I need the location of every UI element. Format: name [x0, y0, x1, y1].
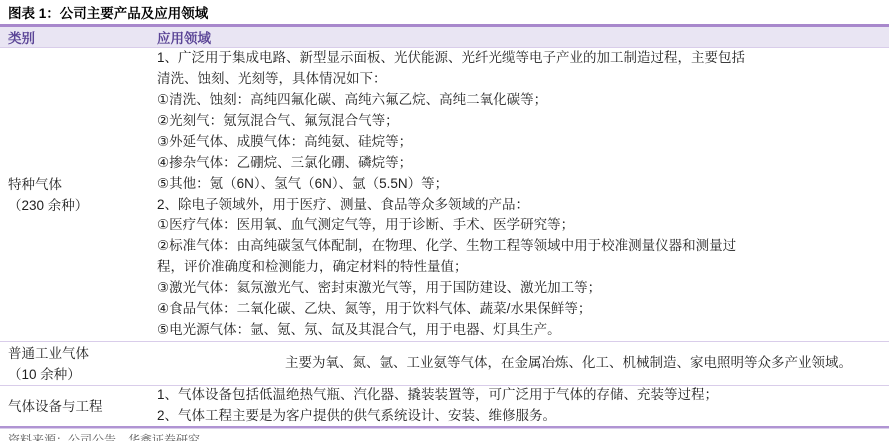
application-line: ①清洗、蚀刻：高纯四氟化碳、高纯六氟乙烷、高纯二氧化碳等； [157, 90, 889, 111]
category-cell: 气体设备与工程 [0, 386, 157, 426]
products-table: 类别 应用领域 特种气体（230 余种）1、广泛用于集成电路、新型显示面板、光伏… [0, 24, 889, 426]
table-row: 普通工业气体（10 余种）主要为氧、氮、氩、工业氨等气体，在金属冶炼、化工、机械… [0, 342, 889, 386]
application-line: ②标准气体：由高纯碳氢气体配制，在物理、化学、生物工程等领域中用于校准测量仪器和… [157, 236, 889, 257]
application-line: 2、除电子领域外，用于医疗、测量、食品等众多领域的产品： [157, 195, 889, 216]
application-line: ①医疗气体：医用氧、血气测定气等，用于诊断、手术、医学研究等； [157, 215, 889, 236]
header-category: 类别 [0, 27, 157, 47]
application-cell: 1、广泛用于集成电路、新型显示面板、光伏能源、光纤光缆等电子产业的加工制造过程，… [157, 48, 889, 341]
application-line: ④掺杂气体：乙硼烷、三氯化硼、磷烷等； [157, 153, 889, 174]
application-line: 2、气体工程主要是为客户提供的供气系统设计、安装、维修服务。 [157, 406, 889, 426]
application-line: 程，评价准确度和检测能力，确定材料的特性量值； [157, 257, 889, 278]
application-line: 主要为氧、氮、氩、工业氨等气体，在金属冶炼、化工、机械制造、家电照明等众多产业领… [157, 353, 889, 374]
category-line: 特种气体 [8, 174, 157, 195]
figure-title: 图表 1：公司主要产品及应用领域 [0, 0, 889, 24]
table-row: 特种气体（230 余种）1、广泛用于集成电路、新型显示面板、光伏能源、光纤光缆等… [0, 48, 889, 342]
application-line: ③外延气体、成膜气体：高纯氨、硅烷等； [157, 132, 889, 153]
application-line: ④食品气体：二氧化碳、乙炔、氮等，用于饮料气体、蔬菜/水果保鲜等； [157, 299, 889, 320]
category-line: （10 余种） [8, 364, 157, 385]
application-line: ⑤电光源气体：氩、氪、氖、氙及其混合气，用于电器、灯具生产。 [157, 320, 889, 341]
application-cell: 1、气体设备包括低温绝热气瓶、汽化器、撬装装置等，可广泛用于气体的存储、充装等过… [157, 386, 889, 426]
category-cell: 特种气体（230 余种） [0, 48, 157, 341]
category-line: 普通工业气体 [8, 343, 157, 364]
source-note: 资料来源：公司公告，华鑫证券研究 [0, 429, 889, 441]
table-header-row: 类别 应用领域 [0, 24, 889, 48]
application-line: 1、广泛用于集成电路、新型显示面板、光伏能源、光纤光缆等电子产业的加工制造过程，… [157, 48, 889, 69]
category-line: （230 余种） [8, 195, 157, 216]
application-line: ③激光气体：氦氖激光气、密封束激光气等，用于国防建设、激光加工等； [157, 278, 889, 299]
application-line: ⑤其他：氪（6N）、氢气（6N）、氩（5.5N）等； [157, 174, 889, 195]
table-row: 气体设备与工程1、气体设备包括低温绝热气瓶、汽化器、撬装装置等，可广泛用于气体的… [0, 386, 889, 426]
header-application: 应用领域 [157, 27, 889, 47]
category-line: 气体设备与工程 [8, 396, 157, 417]
table-body: 特种气体（230 余种）1、广泛用于集成电路、新型显示面板、光伏能源、光纤光缆等… [0, 48, 889, 426]
application-line: ②光刻气：氪氖混合气、氟氖混合气等； [157, 111, 889, 132]
application-cell: 主要为氧、氮、氩、工业氨等气体，在金属冶炼、化工、机械制造、家电照明等众多产业领… [157, 342, 889, 385]
category-cell: 普通工业气体（10 余种） [0, 342, 157, 385]
application-line: 1、气体设备包括低温绝热气瓶、汽化器、撬装装置等，可广泛用于气体的存储、充装等过… [157, 386, 889, 406]
application-line: 清洗、蚀刻、光刻等，具体情况如下： [157, 69, 889, 90]
